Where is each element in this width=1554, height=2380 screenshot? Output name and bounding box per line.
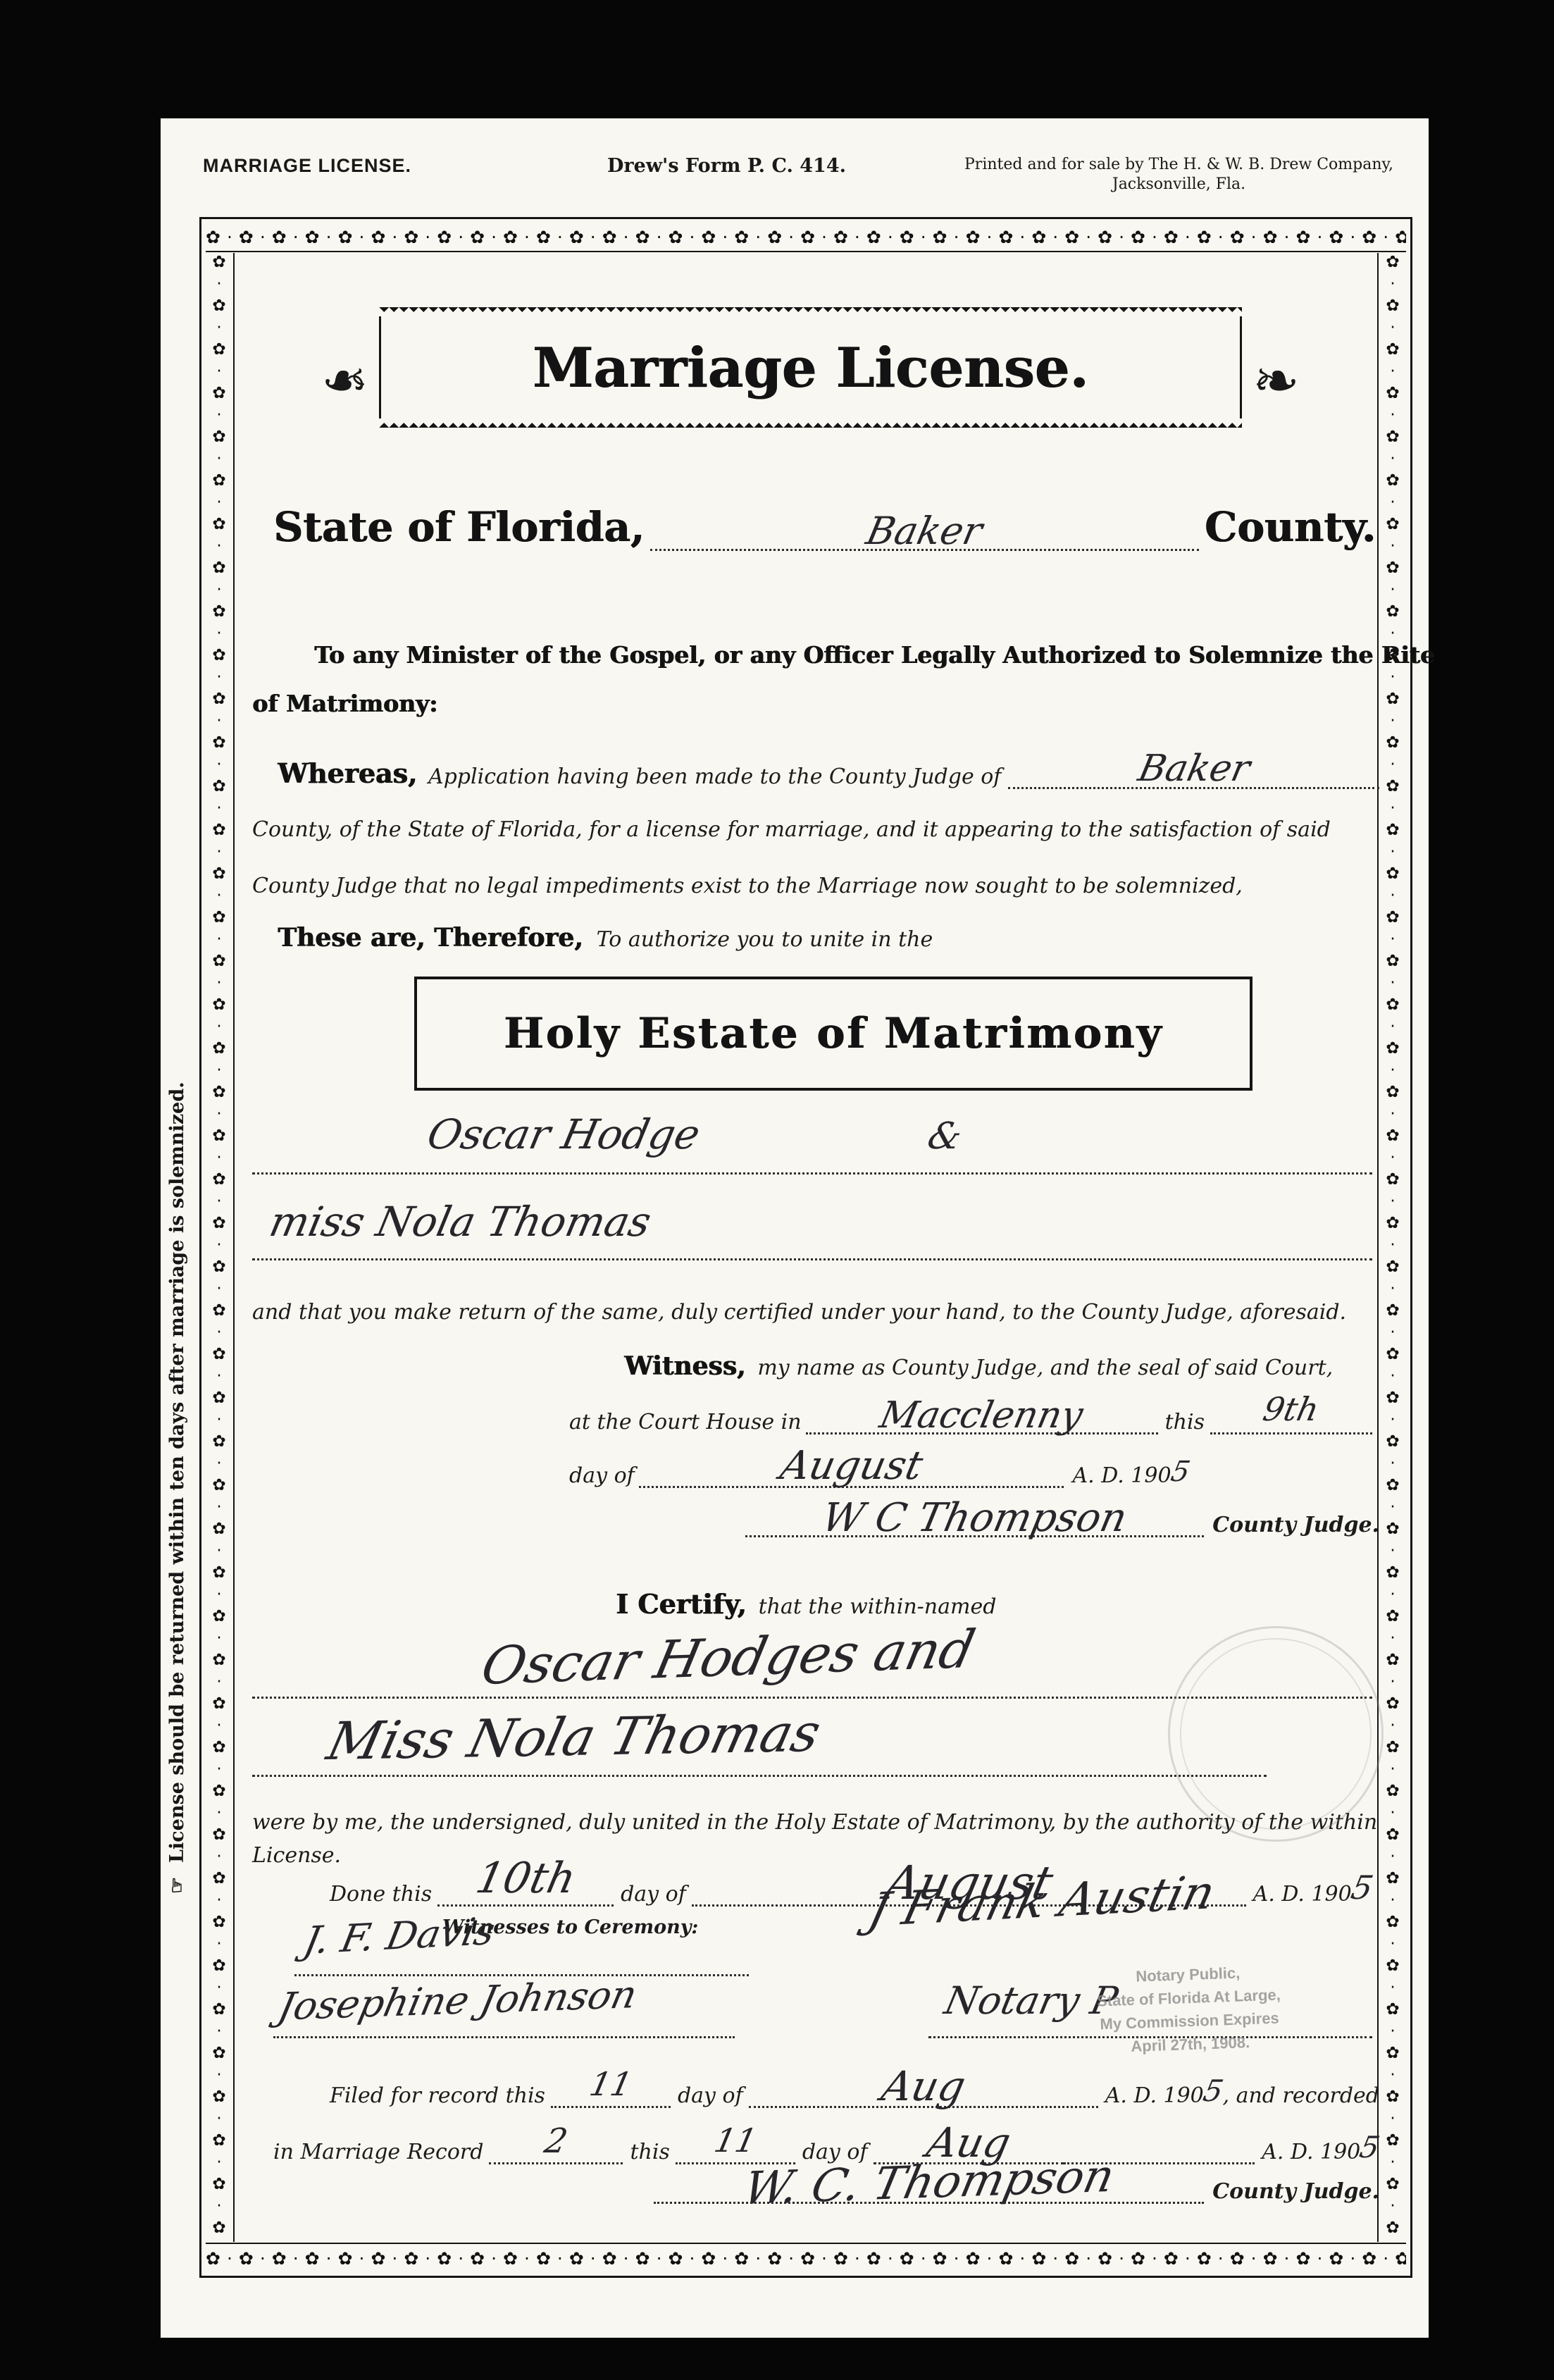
form-header-left: MARRIAGE LICENSE. [203, 155, 411, 177]
whereas-lead: Whereas, [278, 757, 417, 789]
final-judge-title-label: County Judge. [1212, 2179, 1379, 2204]
filed-line: Filed for record this 11 day of Aug A. D… [330, 2057, 1379, 2108]
margin-note-text: License should be returned within ten da… [166, 1082, 188, 1864]
witness-lead: Witness, [624, 1351, 745, 1381]
scanned-document-background: { "colors":{"scan_bg":"#060606","page":"… [0, 0, 1554, 2380]
pointing-hand-icon: ☞ [166, 1877, 188, 1894]
officiant-signature-handwritten: J Frank Austin [864, 1865, 1220, 1937]
place-write-in-line: Macclenny [806, 1390, 1158, 1434]
title-box-body: Marriage License. [379, 316, 1242, 419]
day-handwritten: 9th [1260, 1390, 1323, 1428]
notary-stamp: Notary Public, State of Florida At Large… [1033, 1957, 1345, 2061]
border-flower-band-bottom: ✿·✿·✿·✿·✿·✿·✿·✿·✿·✿·✿·✿·✿·✿·✿·✿·✿·✿·✿·✿·… [206, 2243, 1406, 2272]
therefore-line: These are, Therefore, To authorize you t… [252, 923, 1379, 953]
filed-day-handwritten: 11 [586, 2065, 635, 2103]
certify-names-handwritten1: Oscar Hodges and [476, 1619, 980, 1697]
whereas-line3: County Judge that no legal impediments e… [252, 874, 1379, 898]
border-flower-band-right: ✿·✿·✿·✿·✿·✿·✿·✿·✿·✿·✿·✿·✿·✿·✿·✿·✿·✿·✿·✿·… [1377, 253, 1407, 2242]
witness-signature-line2: Josephine Johnson [273, 1978, 735, 2038]
floral-ornament-left-icon: ❧ [321, 348, 368, 414]
whereas-county-handwritten: Baker [1134, 748, 1253, 790]
embossed-seal-inner-ring [1180, 1638, 1372, 1830]
addressee-paragraph: To any Minister of the Gospel, or any Of… [252, 641, 1379, 717]
border-flower-band-top: ✿·✿·✿·✿·✿·✿·✿·✿·✿·✿·✿·✿·✿·✿·✿·✿·✿·✿·✿·✿·… [206, 223, 1406, 252]
groom-name-handwritten: Oscar Hodge [423, 1110, 704, 1158]
witness1-signature-handwritten: J. F. Davis [300, 1909, 499, 1963]
whereas-line1: Whereas, Application having been made to… [252, 737, 1379, 789]
filed-day-line: 11 [551, 2068, 671, 2108]
title-box: Marriage License. ❧ ❧ [379, 307, 1242, 428]
done-day-handwritten: 10th [471, 1854, 580, 1903]
witness-at-label: at the Court House in [569, 1410, 802, 1434]
border-flower-band-left: ✿·✿·✿·✿·✿·✿·✿·✿·✿·✿·✿·✿·✿·✿·✿·✿·✿·✿·✿·✿·… [205, 253, 235, 2242]
filed-dayof-label: day of [678, 2083, 743, 2108]
therefore-lead: These are, Therefore, [278, 923, 583, 953]
done-dayof-label: day of [621, 1882, 686, 1907]
holy-estate-title: Holy Estate of Matrimony [504, 1009, 1163, 1058]
judge-signature-handwritten: W C Thompson [818, 1495, 1131, 1541]
officiant-signature: J Frank Austin [872, 1874, 1379, 1928]
bride-name-line: miss Nola Thomas [252, 1198, 1372, 1260]
addressee-line2: of Matrimony: [252, 690, 1379, 717]
done-day-line: 10th [437, 1855, 614, 1907]
printer-credit-line2: Jacksonville, Fla. [964, 175, 1393, 194]
document-title: Marriage License. [533, 336, 1089, 400]
state-county-line: State of Florida, Baker County. [273, 490, 1376, 551]
floral-ornament-right-icon: ❧ [1252, 348, 1300, 414]
form-number: Drew's Form P. C. 414. [607, 155, 846, 177]
record-book-line: 2 [489, 2123, 623, 2164]
certify-names-handwritten2: Miss Nola Thomas [322, 1703, 826, 1772]
certify-names-line2: Miss Nola Thomas [252, 1707, 1267, 1777]
whereas-county-line: Baker [1008, 745, 1379, 789]
embossed-seal [1168, 1626, 1384, 1842]
judge-signature-rule: W C Thompson [745, 1489, 1204, 1537]
certify-line: I Certify, that the within-named [252, 1588, 1379, 1620]
printer-credit-line1: Printed and for sale by The H. & W. B. D… [964, 155, 1393, 175]
record-book-handwritten: 2 [541, 2121, 571, 2161]
therefore-body: To authorize you to unite in the [597, 927, 933, 952]
witness-line1: Witness, my name as County Judge, and th… [252, 1351, 1379, 1381]
witness-body: my name as County Judge, and the seal of… [757, 1356, 1333, 1380]
county-write-in-line: Baker [650, 504, 1199, 551]
form-header: MARRIAGE LICENSE. Drew's Form P. C. 414.… [203, 155, 1393, 194]
witness-signature-line1: J. F. Davis [294, 1914, 749, 1976]
witness2-signature-handwritten: Josephine Johnson [274, 1972, 641, 2029]
return-clause: and that you make return of the same, du… [252, 1296, 1379, 1328]
county-label: County. [1205, 503, 1376, 551]
record-label: in Marriage Record [273, 2140, 483, 2164]
final-signature-rule: W. C. Thompson [654, 2150, 1204, 2204]
bride-name-handwritten: miss Nola Thomas [266, 1198, 656, 1246]
margin-note: ☞ License should be returned within ten … [166, 795, 188, 1894]
filed-month-handwritten: Aug [877, 2062, 969, 2110]
filed-label: Filed for record this [330, 2083, 545, 2108]
judge-title-label: County Judge. [1212, 1513, 1379, 1537]
title-zigzag-bottom [379, 419, 1242, 428]
filed-ad-label: A. D. 190 [1105, 2083, 1204, 2108]
done-label: Done this [330, 1882, 432, 1907]
filed-month-line: Aug [749, 2058, 1098, 2108]
day-write-in-line: 9th [1210, 1394, 1372, 1434]
certify-body: that the within-named [759, 1594, 997, 1619]
state-label: State of Florida, [273, 503, 645, 551]
place-handwritten: Macclenny [876, 1394, 1087, 1437]
certify-lead: I Certify, [616, 1588, 746, 1620]
addressee-line1: To any Minister of the Gospel, or any Of… [314, 641, 1379, 669]
ampersand-handwritten: & [924, 1115, 965, 1158]
filed-recorded-label: , and recorded [1223, 2083, 1379, 2108]
document-page: MARRIAGE LICENSE. Drew's Form P. C. 414.… [161, 118, 1429, 2338]
groom-name-line: Oscar Hodge & [252, 1110, 1372, 1174]
whereas-line2: County, of the State of Florida, for a l… [252, 817, 1379, 842]
final-signature-line: W. C. Thompson County Judge. [654, 2138, 1379, 2204]
witness-this-label: this [1165, 1410, 1205, 1434]
witness-place-line: at the Court House in Macclenny this 9th [569, 1388, 1372, 1434]
county-handwritten: Baker [862, 509, 986, 553]
judge-signature-line: W C Thompson County Judge. [745, 1477, 1379, 1537]
title-zigzag-top [379, 307, 1242, 316]
holy-estate-box: Holy Estate of Matrimony [414, 977, 1252, 1091]
printer-credit: Printed and for sale by The H. & W. B. D… [964, 155, 1393, 194]
witness-dayof-label: day of [569, 1463, 635, 1488]
whereas-body: Application having been made to the Coun… [428, 764, 1001, 789]
